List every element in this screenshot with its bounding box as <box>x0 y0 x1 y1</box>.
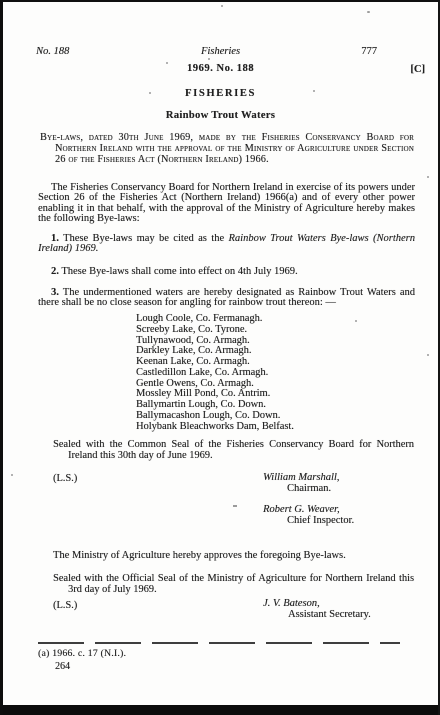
footnote: (a) 1966. c. 17 (N.I.). <box>38 648 126 659</box>
ministry-seal-ls-mark: (L.S.) <box>53 600 77 611</box>
document-subtitle: Rainbow Trout Waters <box>3 110 438 121</box>
header-category-mark: [C] <box>410 64 425 75</box>
intro-paragraph: The Fisheries Conservancy Board for Nort… <box>38 183 415 225</box>
water-item: Ballymacashon Lough, Co. Down. <box>136 411 294 422</box>
signature-chairman: William Marshall, Chairman. <box>263 472 413 494</box>
bye-law-2-text: These Bye-laws shall come into effect on… <box>61 266 297 277</box>
signature-name: J. V. Bateson, <box>263 598 413 609</box>
scan-noise-speck <box>427 354 429 356</box>
signature-assistant-secretary: J. V. Bateson, Assistant Secretary. <box>263 598 413 620</box>
water-item: Holybank Bleachworks Dam, Belfast. <box>136 422 294 433</box>
scan-noise-speck <box>221 5 223 7</box>
scan-noise-speck <box>355 320 357 322</box>
scan-frame-bottom <box>3 705 438 715</box>
page-number: 264 <box>55 661 70 672</box>
signature-name: William Marshall, <box>263 472 413 483</box>
preamble: Bye-laws, dated 30th June 1969, made by … <box>40 133 414 166</box>
signature-title: Assistant Secretary. <box>263 609 413 620</box>
water-item: Castledillon Lake, Co. Armagh. <box>136 368 294 379</box>
bye-law-1: 1. These Bye-laws may be cited as the Ra… <box>38 234 415 255</box>
ministry-approval: The Ministry of Agriculture hereby appro… <box>38 551 415 561</box>
document-page: No. 188 Fisheries 777 1969. No. 188 [C] … <box>0 0 440 715</box>
bye-law-3: 3. The undermentioned waters are hereby … <box>38 288 415 309</box>
scan-noise-speck <box>427 176 429 178</box>
signature-name: Robert G. Weaver, <box>263 504 413 515</box>
bye-law-3-text: The undermentioned waters are hereby des… <box>38 287 415 308</box>
signature-title: Chairman. <box>263 483 413 494</box>
board-seal-clause: Sealed with the Common Seal of the Fishe… <box>53 440 414 461</box>
water-item: Screeby Lake, Co. Tyrone. <box>136 325 294 336</box>
bye-law-2-number: 2. <box>51 266 59 277</box>
header-page-ref: 777 <box>361 46 377 57</box>
document-subject: FISHERIES <box>3 88 438 99</box>
scan-noise-speck <box>367 11 370 13</box>
header-year-number: 1969. No. 188 <box>3 63 438 74</box>
waters-list: Lough Coole, Co. Fermanagh. Screeby Lake… <box>136 314 294 432</box>
scan-noise-speck <box>233 505 237 507</box>
scan-noise-speck <box>11 474 13 476</box>
scan-noise-speck <box>208 58 210 60</box>
signature-chief-inspector: Robert G. Weaver, Chief Inspector. <box>263 504 413 526</box>
board-seal-ls-mark: (L.S.) <box>53 473 77 484</box>
signature-title: Chief Inspector. <box>263 515 413 526</box>
ministry-seal-clause: Sealed with the Official Seal of the Min… <box>53 574 414 595</box>
footnote-rule <box>38 642 400 644</box>
bye-law-2: 2. These Bye-laws shall come into effect… <box>38 267 415 277</box>
